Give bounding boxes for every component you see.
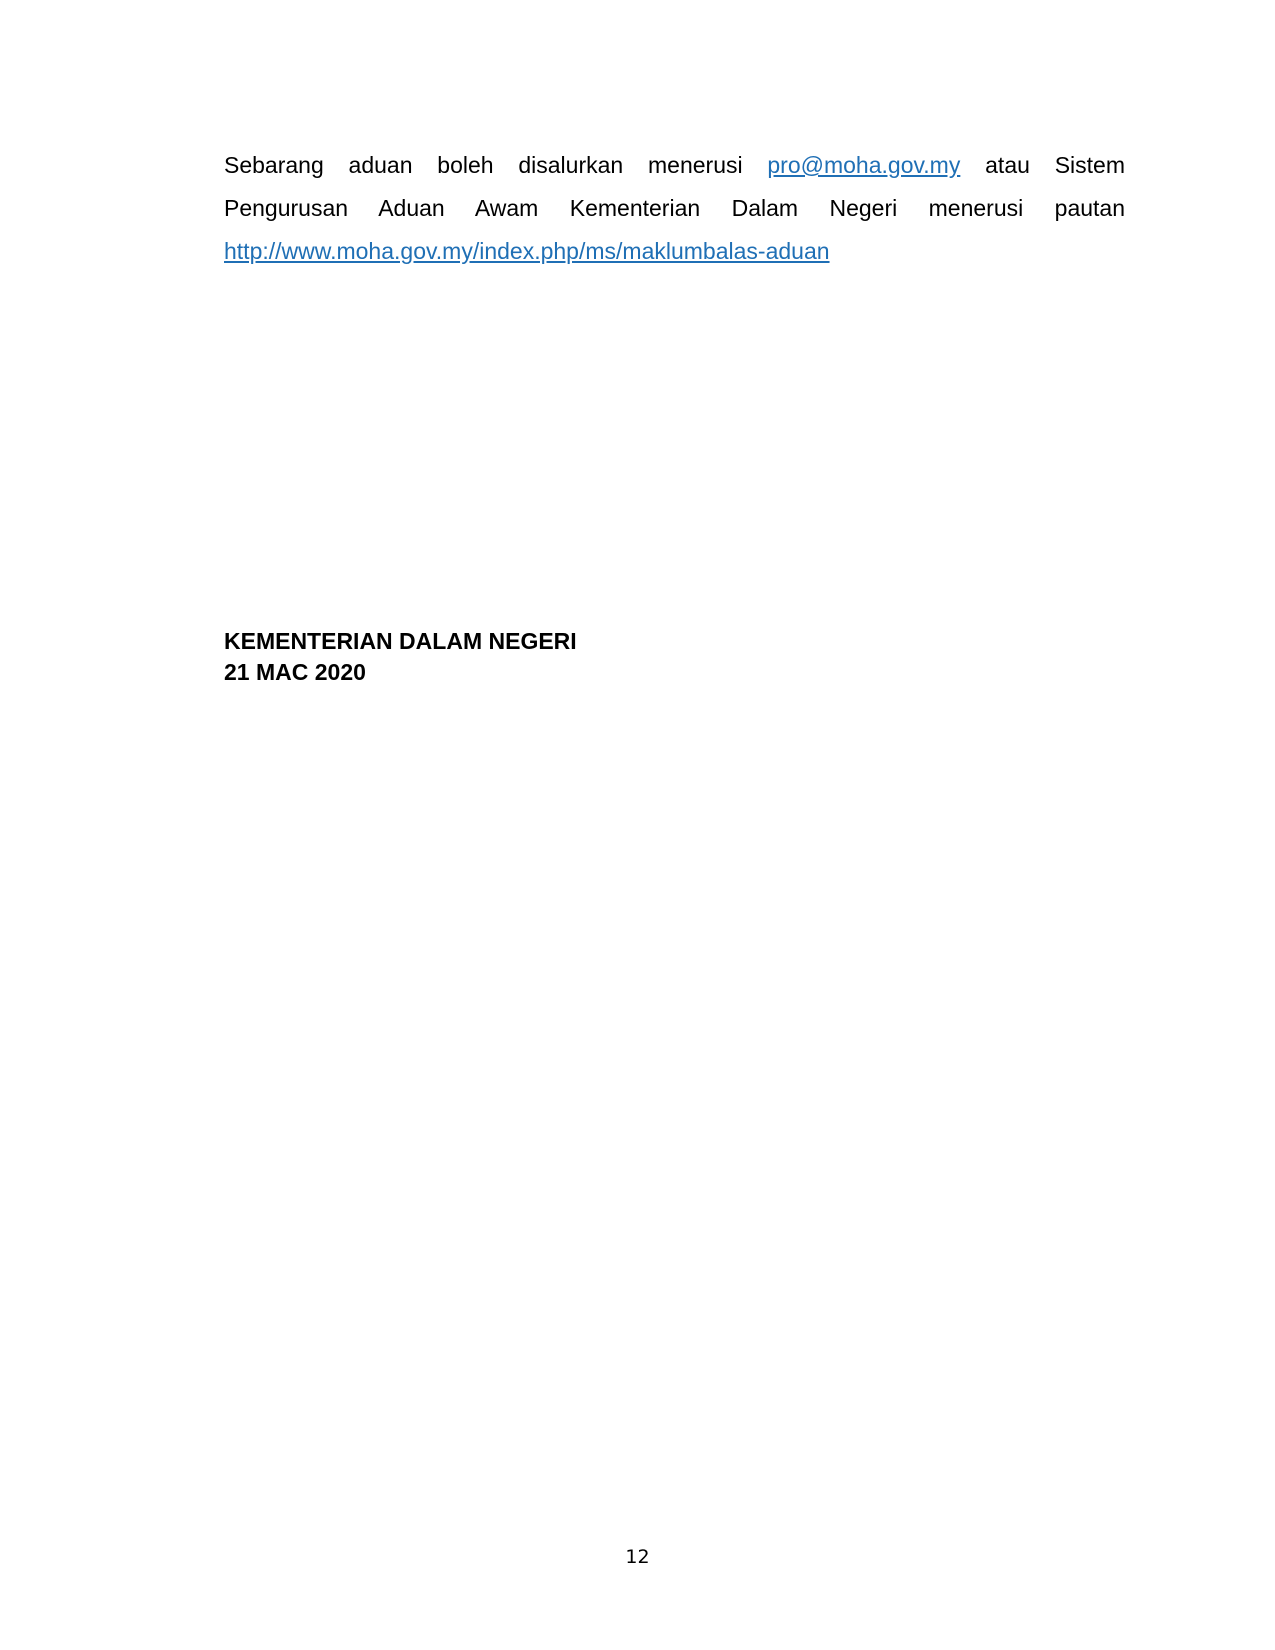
organization-name: KEMENTERIAN DALAM NEGERI [224,626,577,657]
signature-block: KEMENTERIAN DALAM NEGERI 21 MAC 2020 [224,626,577,688]
paragraph-text: atau Sistem [985,152,1125,178]
page-number: 12 [0,1546,1275,1568]
complaint-paragraph: Sebarang aduan boleh disalurkan menerusi… [224,144,1125,273]
paragraph-line-2: Pengurusan Aduan Awam Kementerian Dalam … [224,187,1125,230]
complaint-url-link[interactable]: http://www.moha.gov.my/index.php/ms/makl… [224,238,830,264]
paragraph-line-3: http://www.moha.gov.my/index.php/ms/makl… [224,230,1125,273]
paragraph-line-1: Sebarang aduan boleh disalurkan menerusi… [224,144,1125,187]
paragraph-text: Pengurusan Aduan Awam Kementerian Dalam … [224,195,1125,221]
document-page: Sebarang aduan boleh disalurkan menerusi… [0,0,1275,1650]
signature-date: 21 MAC 2020 [224,657,577,688]
paragraph-text: Sebarang aduan boleh disalurkan menerusi [224,152,743,178]
email-link[interactable]: pro@moha.gov.my [767,152,960,178]
